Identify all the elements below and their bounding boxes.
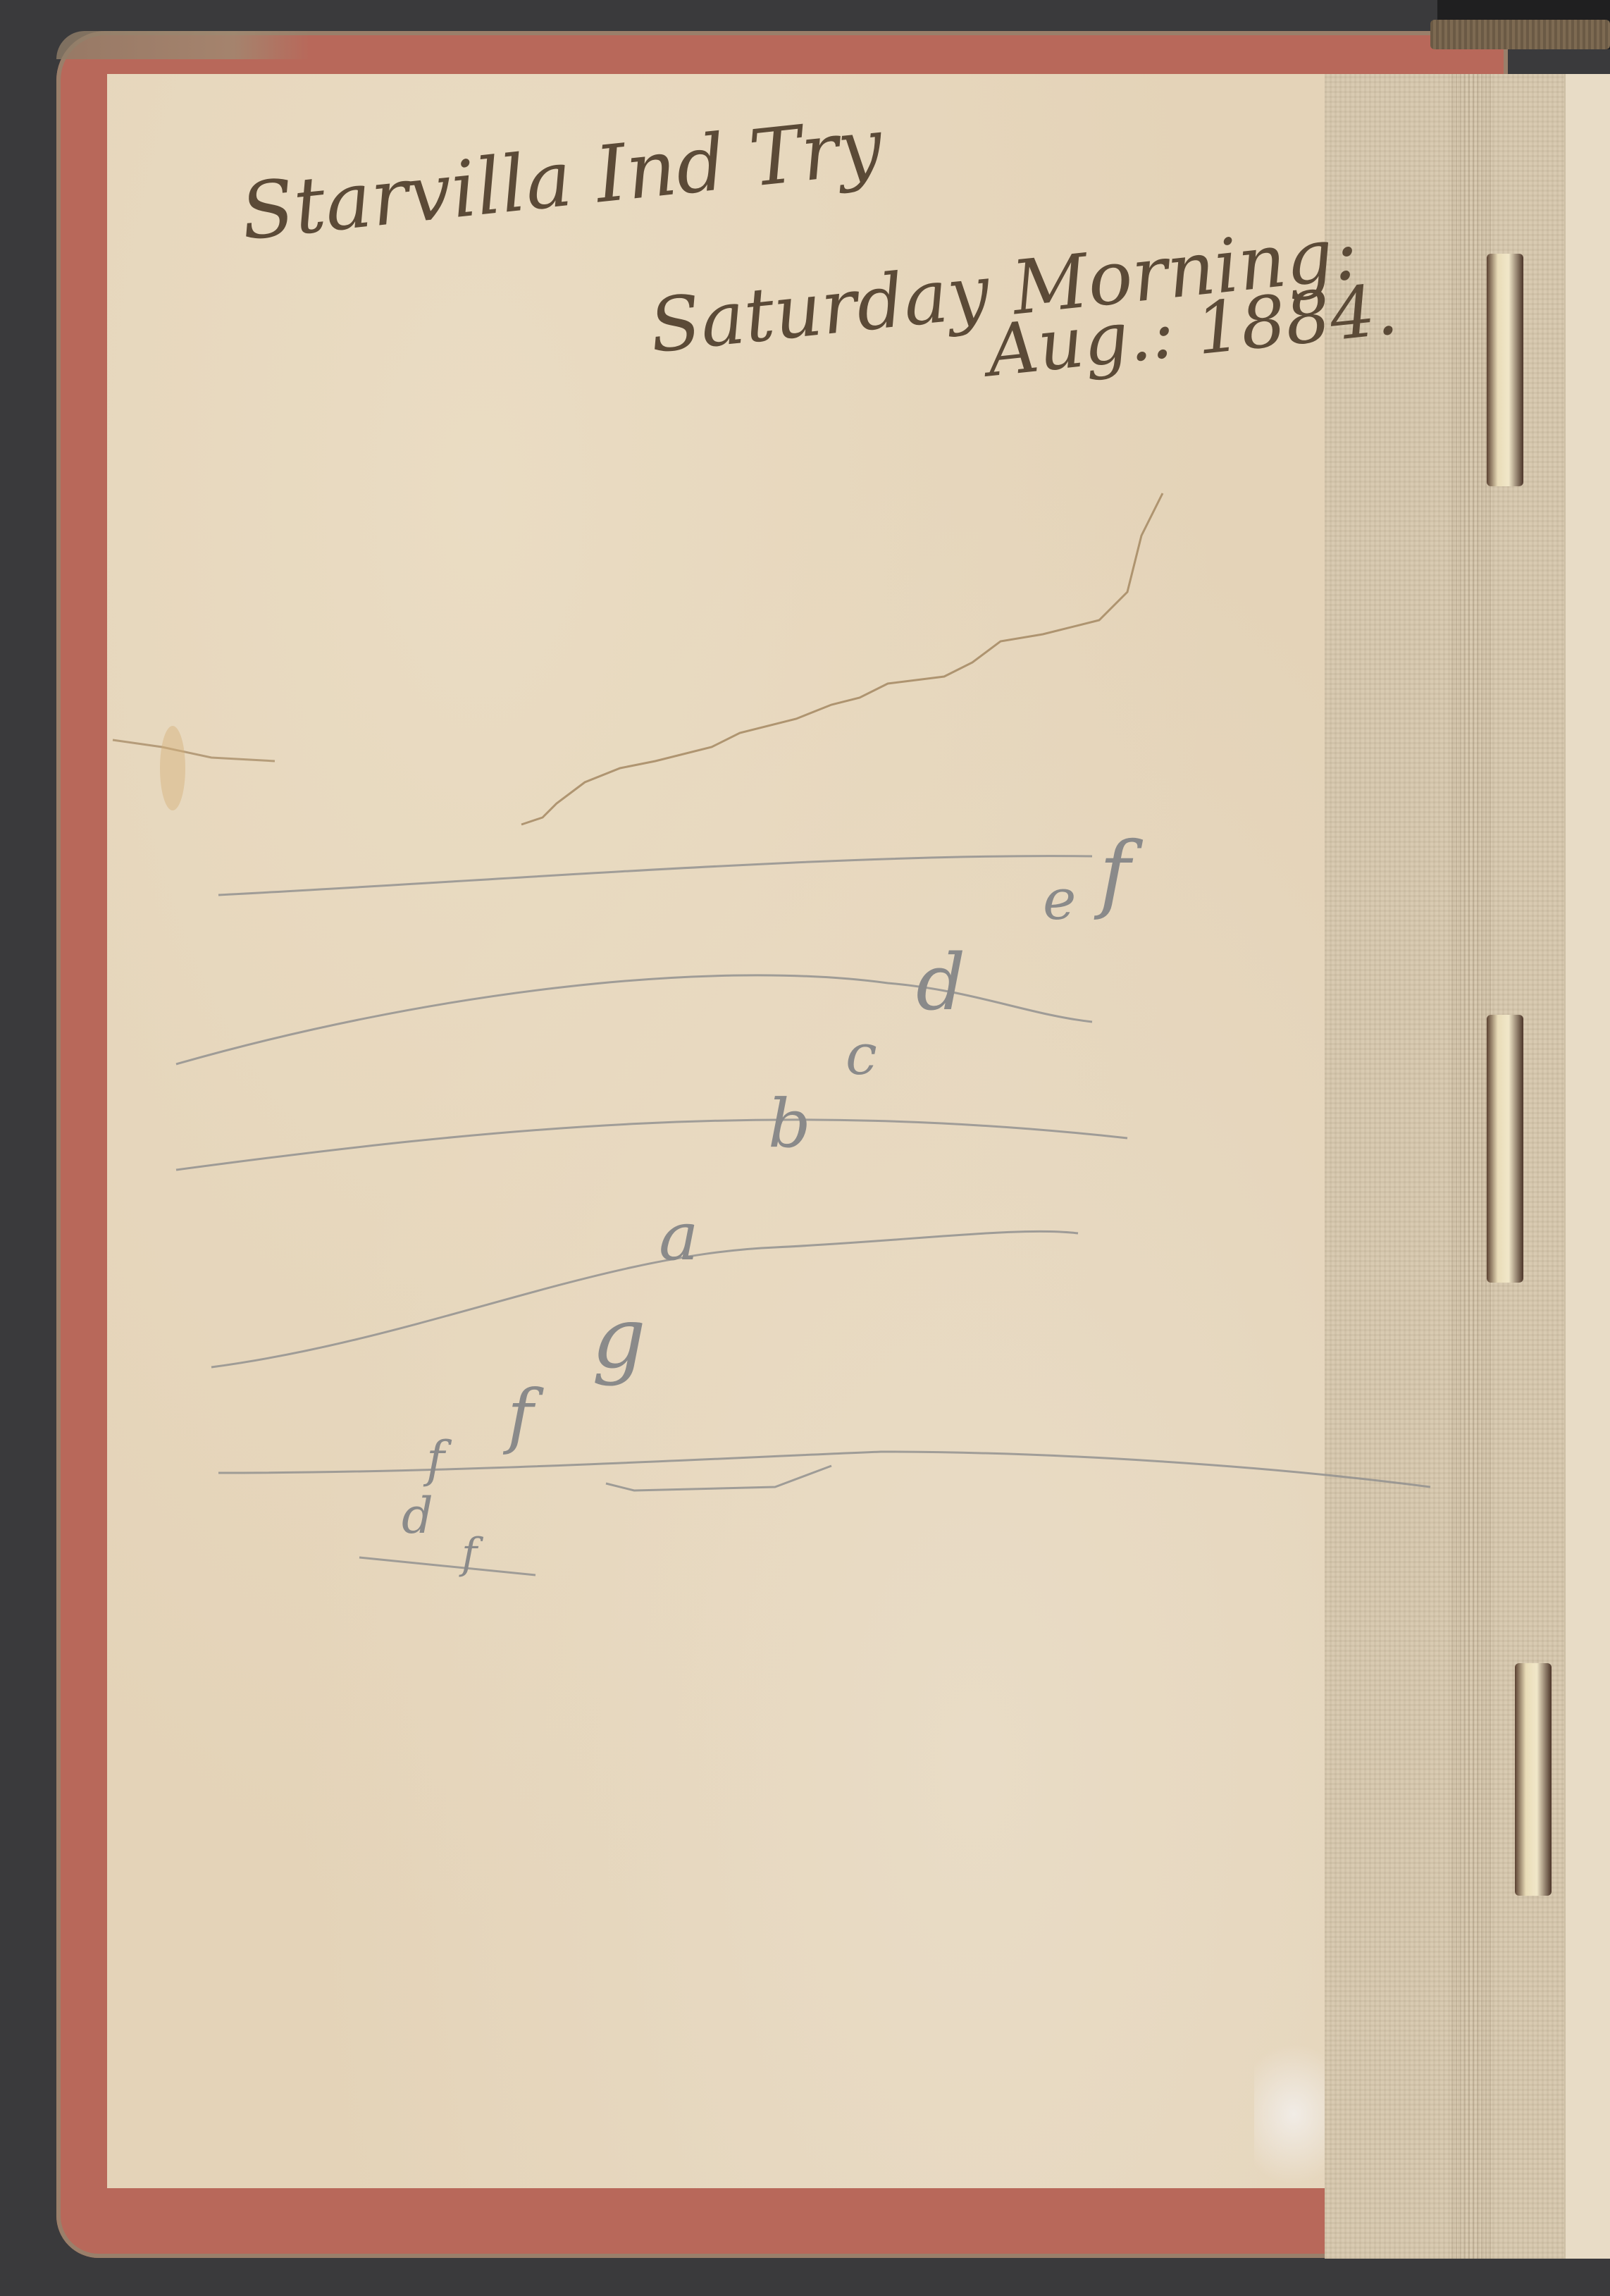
- note-letter: f: [426, 1431, 445, 1488]
- note-letter: f: [1099, 825, 1130, 922]
- note-letter: f: [462, 1529, 477, 1579]
- note-letter: f: [507, 1374, 533, 1457]
- note-letter: b: [768, 1085, 811, 1163]
- note-letter: d: [916, 937, 965, 1027]
- note-letter: c: [846, 1022, 877, 1087]
- note-letter: e: [1043, 867, 1076, 932]
- note-letter: a: [659, 1198, 699, 1276]
- note-letter: d: [402, 1487, 433, 1545]
- note-letter: g: [592, 1290, 646, 1388]
